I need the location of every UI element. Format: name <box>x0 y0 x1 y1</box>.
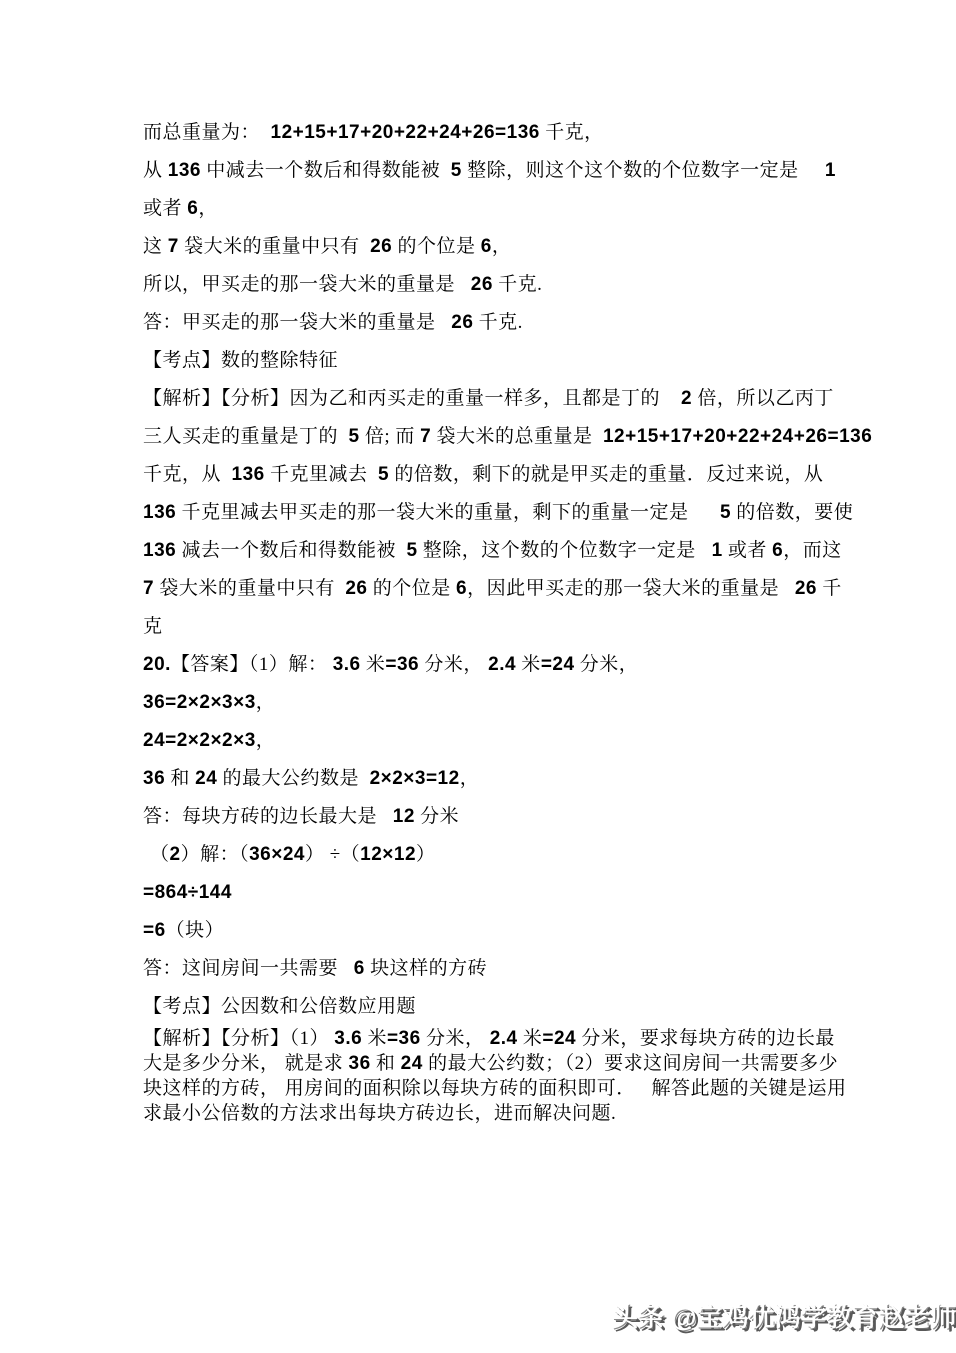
doc-line: 千克，从 136 千克里减去 5 的倍数，剩下的就是甲买走的重量．反过来说，从 <box>143 456 843 494</box>
doc-line: 大是多少分米， 就是求 36 和 24 的最大公约数；（2）要求这间房间一共需要… <box>143 1051 843 1076</box>
doc-line: 克 <box>143 608 843 646</box>
doc-line: 或者 6， <box>143 190 843 228</box>
doc-line-jiexi: 【解析】【分析】（1） 3.6 米=36 分米， 2.4 米=24 分米，要求每… <box>143 1026 843 1051</box>
doc-line: 24=2×2×2×3， <box>143 722 843 760</box>
doc-line: 所以，甲买走的那一袋大米的重量是 26 千克. <box>143 266 843 304</box>
watermark: 头条 @宝鸡优鸿学教育赵老师 <box>612 1300 956 1334</box>
doc-line-kaodian: 【考点】数的整除特征 <box>143 342 843 380</box>
doc-line: =864÷144 <box>143 874 843 912</box>
doc-line-jiexi: 【解析】【分析】因为乙和丙买走的重量一样多，且都是丁的 2 倍，所以乙丙丁 <box>143 380 843 418</box>
doc-line-answer-20: 20.【答案】（1）解： 3.6 米=36 分米， 2.4 米=24 分米， <box>143 646 843 684</box>
doc-line: 答：每块方砖的边长最大是 12 分米 <box>143 798 843 836</box>
doc-line: 136 千克里减去甲买走的那一袋大米的重量，剩下的重量一定是 5 的倍数，要使 <box>143 494 843 532</box>
doc-line: 136 减去一个数后和得数能被 5 整除，这个数的个位数字一定是 1 或者 6，… <box>143 532 843 570</box>
doc-line: 7 袋大米的重量中只有 26 的个位是 6，因此甲买走的那一袋大米的重量是 26… <box>143 570 843 608</box>
doc-line: 答：甲买走的那一袋大米的重量是 26 千克. <box>143 304 843 342</box>
doc-line: 块这样的方砖， 用房间的面积除以每块方砖的面积即可． 解答此题的关键是运用 <box>143 1076 843 1101</box>
doc-line: 求最小公倍数的方法求出每块方砖边长，进而解决问题. <box>143 1101 843 1126</box>
doc-line-kaodian: 【考点】公因数和公倍数应用题 <box>143 988 843 1026</box>
doc-line: 答：这间房间一共需要 6 块这样的方砖 <box>143 950 843 988</box>
doc-line: 三人买走的重量是丁的 5 倍; 而 7 袋大米的总重量是 12+15+17+20… <box>143 418 843 456</box>
doc-line: （2）解：（36×24） ÷（12×12） <box>143 836 843 874</box>
document-page: 而总重量为： 12+15+17+20+22+24+26=136 千克， 从 13… <box>143 114 843 1126</box>
doc-line: =6（块） <box>143 912 843 950</box>
doc-line: 这 7 袋大米的重量中只有 26 的个位是 6， <box>143 228 843 266</box>
doc-line: 从 136 中减去一个数后和得数能被 5 整除，则这个这个数的个位数字一定是 1 <box>143 152 843 190</box>
doc-line: 而总重量为： 12+15+17+20+22+24+26=136 千克， <box>143 114 843 152</box>
doc-line: 36 和 24 的最大公约数是 2×2×3=12， <box>143 760 843 798</box>
doc-line: 36=2×2×3×3， <box>143 684 843 722</box>
